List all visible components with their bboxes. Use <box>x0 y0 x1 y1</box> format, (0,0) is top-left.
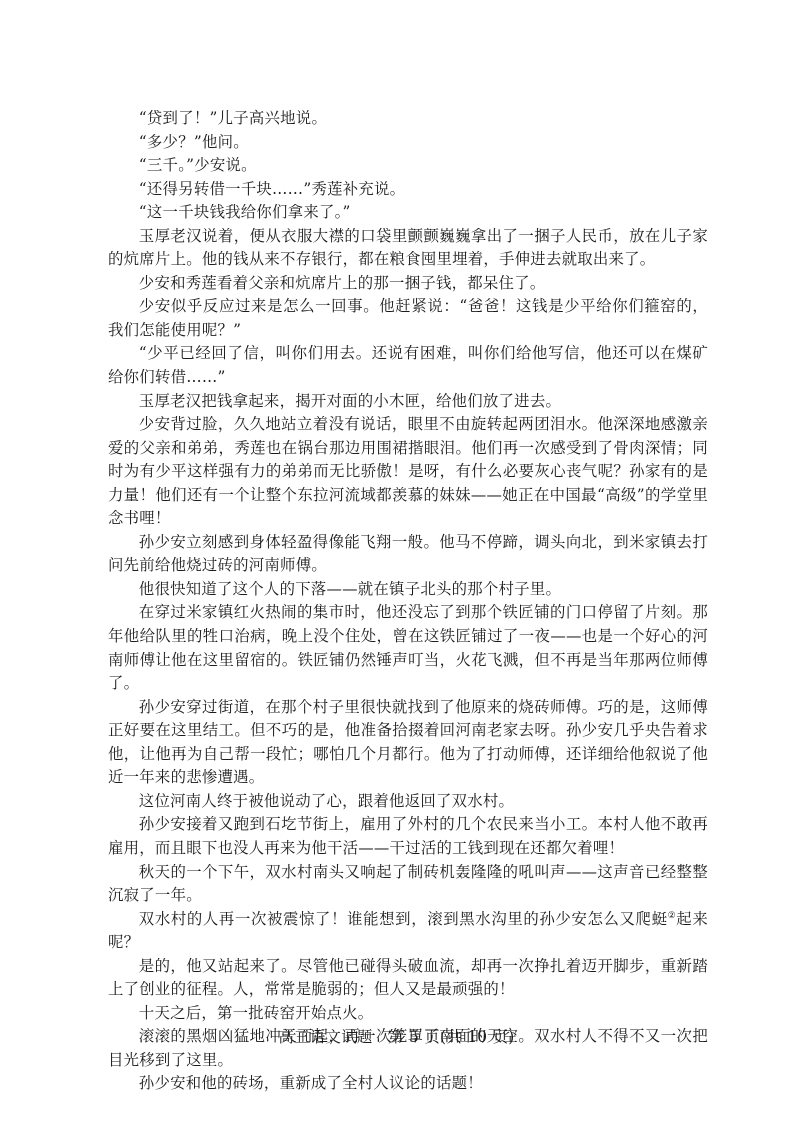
paragraph: “还得另转借一千块……”秀莲补充说。 <box>108 178 708 202</box>
paragraph: “多少？”他问。 <box>108 131 708 155</box>
paragraph: 孙少安穿过街道，在那个村子里很快就找到了他原来的烧砖师傅。巧的是，这师傅正好要在… <box>108 696 708 790</box>
paragraph: “这一千块钱我给你们拿来了。” <box>108 201 708 225</box>
paragraph: 孙少安和他的砖场，重新成了全村人议论的话题！ <box>108 1072 708 1096</box>
paragraph: 他很快知道了这个人的下落——就在镇子北头的那个村子里。 <box>108 578 708 602</box>
paragraph: 少安和秀莲看着父亲和炕席片上的那一捆子钱，都呆住了。 <box>108 272 708 296</box>
paragraph: “少平已经回了信，叫你们用去。还说有困难，叫你们给他写信，他还可以在煤矿给你们转… <box>108 342 708 389</box>
paragraph: 玉厚老汉说着，便从衣服大襟的口袋里颤颤巍巍拿出了一捆子人民币，放在儿子家的炕席片… <box>108 225 708 272</box>
footnote-marker: ② <box>668 911 677 921</box>
paragraph-text-before: 双水村的人再一次被震惊了！谁能想到，滚到黑水沟里的孙少安怎么又爬蜓 <box>139 910 668 928</box>
paragraph: 是的，他又站起来了。尽管他已碰得头破血流，却再一次挣扎着迈开脚步，重新踏上了创业… <box>108 955 708 1002</box>
paragraph: “三千。”少安说。 <box>108 154 708 178</box>
document-body: “贷到了！”儿子高兴地说。 “多少？”他问。 “三千。”少安说。 “还得另转借一… <box>108 107 708 1096</box>
paragraph: 少安似乎反应过来是怎么一回事。他赶紧说：“爸爸！这钱是少平给你们箍窑的，我们怎能… <box>108 295 708 342</box>
paragraph: 十天之后，第一批砖窑开始点火。 <box>108 1002 708 1026</box>
page-number: 第 5 页(共 10 页) <box>388 1028 514 1046</box>
paragraph: “贷到了！”儿子高兴地说。 <box>108 107 708 131</box>
page-footer: 高三语文试题 第 5 页(共 10 页) <box>0 1025 793 1047</box>
paragraph: 秋天的一个下午，双水村南头又响起了制砖机轰隆隆的吼叫声——这声音已经整整沉寂了一… <box>108 861 708 908</box>
paragraph: 在穿过米家镇红火热闹的集市时，他还没忘了到那个铁匠铺的门口停留了片刻。那年他给队… <box>108 601 708 695</box>
exam-title: 高三语文试题 <box>278 1028 372 1046</box>
paragraph: 玉厚老汉把钱拿起来，揭开对面的小木匣，给他们放了进去。 <box>108 390 708 414</box>
paragraph: 这位河南人终于被他说动了心，跟着他返回了双水村。 <box>108 790 708 814</box>
paragraph-with-footnote: 双水村的人再一次被震惊了！谁能想到，滚到黑水沟里的孙少安怎么又爬蜓②起来呢？ <box>108 908 708 955</box>
paragraph: 孙少安立刻感到身体轻盈得像能飞翔一般。他马不停蹄，调头向北，到米家镇去打问先前给… <box>108 531 708 578</box>
paragraph: 少安背过脸，久久地站立着没有说话，眼里不由旋转起两团泪水。他深深地感激亲爱的父亲… <box>108 413 708 531</box>
paragraph: 孙少安接着又跑到石圪节街上，雇用了外村的几个农民来当小工。本村人他不敢再雇用，而… <box>108 813 708 860</box>
